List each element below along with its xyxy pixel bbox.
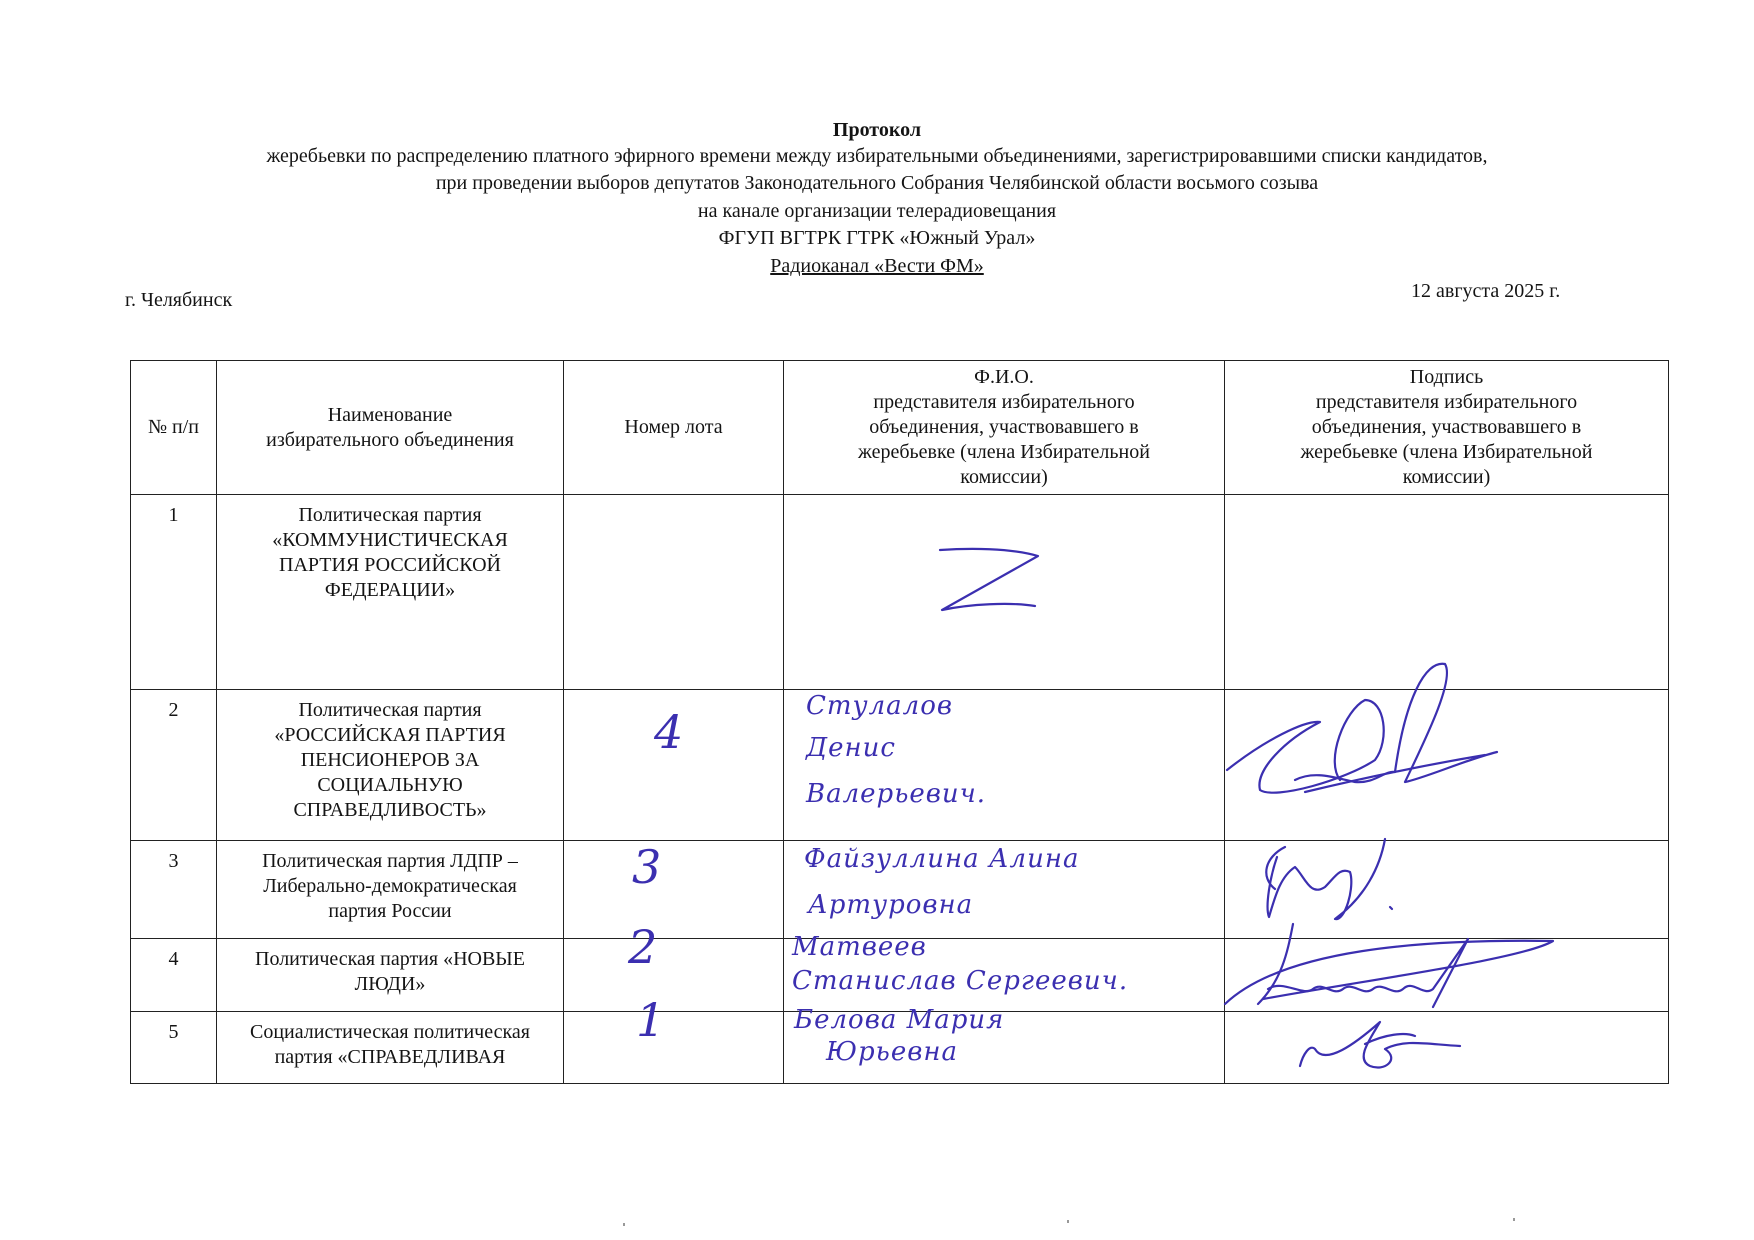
place: г. Челябинск: [125, 289, 232, 312]
lot-number: 3: [564, 841, 784, 939]
party-name-line: СОЦИАЛЬНУЮ: [223, 773, 557, 798]
party-name-line: «РОССИЙСКАЯ ПАРТИЯ: [223, 723, 557, 748]
col-header-party-line: избирательного объединения: [223, 428, 557, 453]
lot-number-handwritten: 4: [654, 720, 683, 745]
representative-name-line: Денис: [806, 736, 896, 761]
party-name-line: ЛЮДИ»: [223, 972, 557, 997]
col-header-rep-line: Ф.И.О.: [790, 365, 1218, 390]
representative-name-line: Юрьевна: [826, 1040, 958, 1065]
col-header-rep-line: жеребьевке (члена Избирательной: [790, 440, 1218, 465]
table-row: 5 Социалистическая политическая партия «…: [131, 1012, 1669, 1084]
lot-number: 4: [564, 690, 784, 841]
lot-number-handwritten: 2: [628, 935, 657, 960]
lot-number-handwritten: 3: [632, 855, 661, 880]
party-name-line: Либерально-демократическая: [223, 874, 557, 899]
representative-name: Стулалов Денис Валерьевич.: [784, 690, 1225, 841]
representative-name-line: Стулалов: [806, 694, 953, 719]
row-number: 2: [131, 690, 217, 841]
row-number: 3: [131, 841, 217, 939]
party-name-line: партия России: [223, 899, 557, 924]
subtitle-line-2: при проведении выборов депутатов Законод…: [0, 170, 1754, 197]
party-name: Социалистическая политическая партия «СП…: [217, 1012, 564, 1084]
party-name-line: партия «СПРАВЕДЛИВАЯ: [223, 1045, 557, 1070]
party-name-line: «КОММУНИСТИЧЕСКАЯ: [223, 528, 557, 553]
party-name-line: Политическая партия ЛДПР –: [223, 849, 557, 874]
col-header-representative: Ф.И.О. представителя избирательного объе…: [784, 361, 1225, 495]
channel-name: Радиоканал «Вести ФМ»: [0, 253, 1754, 280]
table-row: 4 Политическая партия «НОВЫЕ ЛЮДИ» 2 Мат…: [131, 939, 1669, 1012]
scan-speck: [623, 1223, 625, 1226]
col-header-party-line: Наименование: [223, 403, 557, 428]
party-name-line: Политическая партия: [223, 503, 557, 528]
col-header-sig-line: комиссии): [1231, 465, 1662, 490]
signature-icon: [1255, 837, 1405, 927]
scan-speck: [1513, 1218, 1515, 1221]
party-name-line: Политическая партия «НОВЫЕ: [223, 947, 557, 972]
col-header-lot: Номер лота: [564, 361, 784, 495]
scan-speck: [1067, 1220, 1069, 1223]
representative-name: Белова Мария Юрьевна: [784, 1012, 1225, 1084]
party-name-line: Социалистическая политическая: [223, 1020, 557, 1045]
signature: [1225, 1012, 1669, 1084]
col-header-signature: Подпись представителя избирательного объ…: [1225, 361, 1669, 495]
signature-icon: [1223, 919, 1563, 1009]
lot-number: 2: [564, 939, 784, 1012]
signature: [1225, 939, 1669, 1012]
party-name: Политическая партия «НОВЫЕ ЛЮДИ»: [217, 939, 564, 1012]
col-header-sig-line: объединения, участвовавшего в: [1231, 415, 1662, 440]
z-mark-icon: [930, 540, 1050, 615]
party-name: Политическая партия «КОММУНИСТИЧЕСКАЯ ПА…: [217, 495, 564, 690]
party-name: Политическая партия ЛДПР – Либерально-де…: [217, 841, 564, 939]
table-row: 2 Политическая партия «РОССИЙСКАЯ ПАРТИЯ…: [131, 690, 1669, 841]
representative-name: [784, 495, 1225, 690]
party-name-line: ПЕНСИОНЕРОВ ЗА: [223, 748, 557, 773]
signature: [1225, 690, 1669, 841]
lot-number: [564, 495, 784, 690]
representative-name-line: Станислав Сергеевич.: [792, 969, 1128, 994]
party-name-line: Политическая партия: [223, 698, 557, 723]
representative-name: Файзуллина Алина Артуровна: [784, 841, 1225, 939]
party-name: Политическая партия «РОССИЙСКАЯ ПАРТИЯ П…: [217, 690, 564, 841]
party-name-line: ПАРТИЯ РОССИЙСКОЙ: [223, 553, 557, 578]
party-name-line: СПРАВЕДЛИВОСТЬ»: [223, 798, 557, 823]
row-number: 5: [131, 1012, 217, 1084]
date: 12 августа 2025 г.: [1411, 280, 1560, 303]
signature-icon: [1295, 1014, 1465, 1074]
row-number: 4: [131, 939, 217, 1012]
channel-name-text: Радиоканал «Вести ФМ»: [770, 255, 984, 277]
col-header-sig-line: жеребьевке (члена Избирательной: [1231, 440, 1662, 465]
lot-number-handwritten: 1: [636, 1008, 665, 1033]
representative-name: Матвеев Станислав Сергеевич.: [784, 939, 1225, 1012]
representative-name-line: Белова Мария: [794, 1008, 1004, 1033]
representative-name-line: Валерьевич.: [806, 782, 986, 807]
representative-name-line: Файзуллина Алина: [804, 847, 1079, 872]
representative-name-line: Артуровна: [808, 893, 973, 918]
signature-icon: [1225, 660, 1505, 830]
subtitle-line-1: жеребьевки по распределению платного эфи…: [0, 143, 1754, 170]
col-header-sig-line: представителя избирательного: [1231, 390, 1662, 415]
lot-number: 1: [564, 1012, 784, 1084]
col-header-rep-line: представителя избирательного: [790, 390, 1218, 415]
lottery-table: № п/п Наименование избирательного объеди…: [130, 360, 1669, 1084]
row-number: 1: [131, 495, 217, 690]
subtitle-line-3: на канале организации телерадиовещания: [0, 198, 1754, 225]
broadcaster-name: ФГУП ВГТРК ГТРК «Южный Урал»: [0, 225, 1754, 252]
col-header-number: № п/п: [131, 361, 217, 495]
table-header-row: № п/п Наименование избирательного объеди…: [131, 361, 1669, 495]
representative-name-line: Матвеев: [792, 935, 927, 960]
col-header-rep-line: объединения, участвовавшего в: [790, 415, 1218, 440]
col-header-party: Наименование избирательного объединения: [217, 361, 564, 495]
document-title: Протокол: [0, 117, 1754, 144]
col-header-rep-line: комиссии): [790, 465, 1218, 490]
col-header-sig-line: Подпись: [1231, 365, 1662, 390]
party-name-line: ФЕДЕРАЦИИ»: [223, 578, 557, 603]
